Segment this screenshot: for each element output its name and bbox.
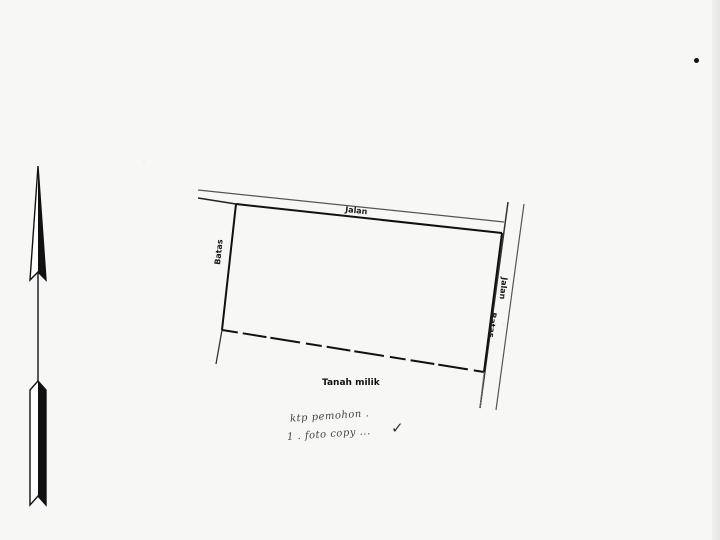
site-plan-diagram: Jalan Jalan Batas Batas Tanah milik	[0, 0, 720, 540]
label-boundary-east: Batas	[486, 312, 498, 339]
label-boundary-west: Batas	[213, 239, 225, 266]
label-road-north: Jalan	[344, 205, 368, 216]
checkmark-icon: ✓	[391, 419, 404, 437]
label-road-east: Jalan	[498, 276, 509, 300]
scanned-page: Jalan Jalan Batas Batas Tanah milik ktp …	[0, 0, 720, 540]
ink-dot	[694, 58, 699, 63]
north-arrow-icon	[30, 166, 46, 505]
label-neighbor-south: Tanah milik	[322, 378, 381, 388]
